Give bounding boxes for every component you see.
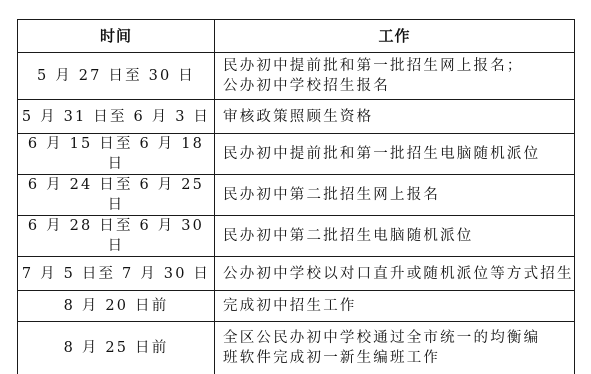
header-work: 工作 [215,20,575,53]
work-cell: 审核政策照顾生资格 [215,100,575,134]
time-cell: 6 月 24 日至 6 月 25 日 [18,175,215,216]
time-cell: 6 月 15 日至 6 月 18 日 [18,134,215,175]
time-cell: 8 月 20 日前 [18,291,215,322]
time-cell: 6 月 28 日至 6 月 30 日 [18,216,215,257]
table-header-row: 时间 工作 [18,20,575,53]
work-cell: 完成初中招生工作 [215,291,575,322]
table-row: 7 月 5 日至 7 月 30 日 公办初中学校以对口直升或随机派位等方式招生 [18,257,575,291]
work-cell: 民办初中提前批和第一批招生电脑随机派位 [215,134,575,175]
work-cell: 民办初中提前批和第一批招生网上报名； 公办初中学校招生报名 [215,53,575,100]
header-time: 时间 [18,20,215,53]
table-row: 8 月 25 日前 全区公民办初中学校通过全市统一的均衡编 班软件完成初一新生编… [18,322,575,374]
work-cell: 公办初中学校以对口直升或随机派位等方式招生 [215,257,575,291]
schedule-table: 时间 工作 5 月 27 日至 30 日 民办初中提前批和第一批招生网上报名； … [17,19,575,374]
work-line: 公办初中学校招生报名 [223,76,574,96]
time-cell: 5 月 31 日至 6 月 3 日 [18,100,215,134]
table-row: 6 月 24 日至 6 月 25 日 民办初中第二批招生网上报名 [18,175,575,216]
work-line: 班软件完成初一新生编班工作 [223,348,574,368]
table-row: 5 月 31 日至 6 月 3 日 审核政策照顾生资格 [18,100,575,134]
work-cell: 全区公民办初中学校通过全市统一的均衡编 班软件完成初一新生编班工作 [215,322,575,374]
work-cell: 民办初中第二批招生电脑随机派位 [215,216,575,257]
time-cell: 7 月 5 日至 7 月 30 日 [18,257,215,291]
work-line: 全区公民办初中学校通过全市统一的均衡编 [223,328,574,348]
table-row: 5 月 27 日至 30 日 民办初中提前批和第一批招生网上报名； 公办初中学校… [18,53,575,100]
table-row: 8 月 20 日前 完成初中招生工作 [18,291,575,322]
time-cell: 5 月 27 日至 30 日 [18,53,215,100]
work-cell: 民办初中第二批招生网上报名 [215,175,575,216]
table-row: 6 月 28 日至 6 月 30 日 民办初中第二批招生电脑随机派位 [18,216,575,257]
work-line: 民办初中提前批和第一批招生网上报名； [223,56,574,76]
table-row: 6 月 15 日至 6 月 18 日 民办初中提前批和第一批招生电脑随机派位 [18,134,575,175]
time-cell: 8 月 25 日前 [18,322,215,374]
